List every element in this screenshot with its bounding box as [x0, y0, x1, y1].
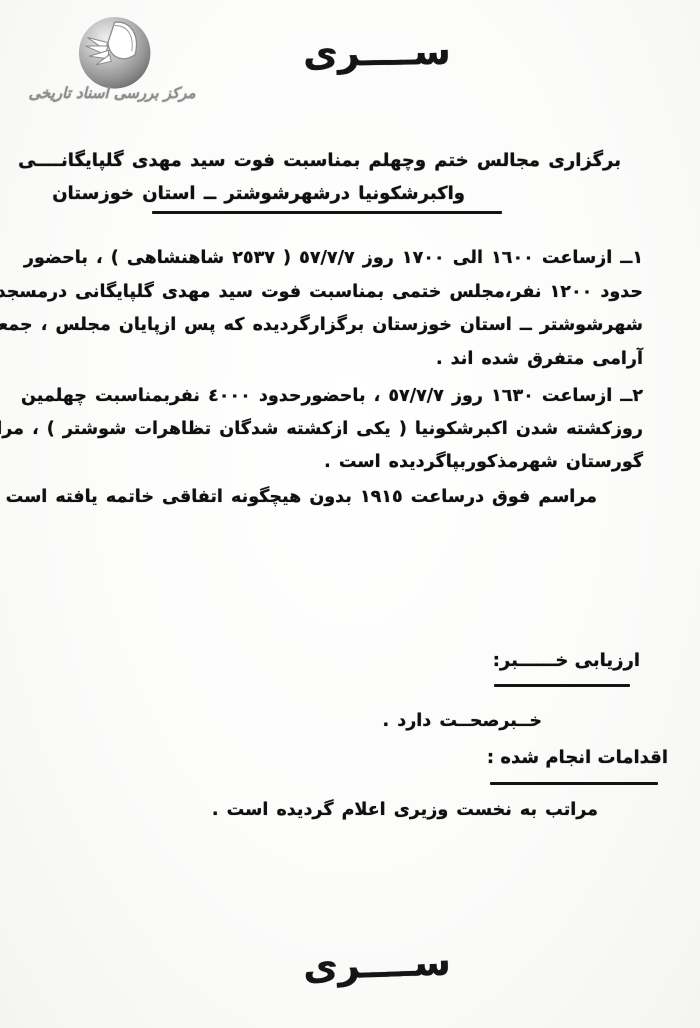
- actions-text: مراتب به نخست وزیری اعلام گردیده است .: [212, 800, 598, 820]
- actions-underline: [490, 782, 658, 785]
- actions-heading: اقدامات انجام شده :: [487, 747, 668, 768]
- open-book-globe-icon: [70, 12, 156, 92]
- classification-header: ســــری: [303, 29, 452, 76]
- document-title-line1: برگزاری مجالس ختم وچهلم بمناسبت فوت سید …: [18, 150, 621, 171]
- document-title-line2: واکبرشکونیا درشهرشوشتر ــ استان خوزستان: [52, 183, 465, 204]
- archive-logo: مرکز بررسی اسناد تاریخی: [22, 8, 202, 108]
- evaluation-underline: [494, 684, 630, 687]
- classification-footer: ســــری: [302, 939, 451, 988]
- title-underline: [152, 211, 502, 214]
- paragraph-line: گورستان شهرمذکوربپاگردیده است .: [324, 452, 643, 472]
- evaluation-text: خــبرصحــت دارد .: [383, 711, 542, 731]
- evaluation-heading: ارزیابی خــــــبر:: [493, 650, 640, 671]
- paragraph-line: حدود ١٢٠٠ نفر،مجلس ختمی بمناسبت فوت سید …: [0, 282, 643, 302]
- scanned-document-page: مرکز بررسی اسناد تاریخی ســــری برگزاری …: [0, 0, 700, 1028]
- logo-caption: مرکز بررسی اسناد تاریخی: [22, 84, 202, 102]
- paragraph-line: ٢ــ ازساعت ١٦٣٠ روز ٥٧/٧/٧ ، باحضورحدود …: [21, 386, 643, 406]
- paragraph-line: روزکشته شدن اکبرشکونیا ( یکی ازکشته شدگا…: [0, 419, 643, 439]
- closing-line: مراسم فوق درساعت ١٩١٥ بدون هیچگونه اتفاق…: [0, 487, 597, 507]
- paragraph-line: آرامی متفرق شده اند .: [436, 349, 643, 369]
- paragraph-line: شهرشوشتر ــ استان خوزستان برگزارگردیده ک…: [0, 315, 643, 335]
- paragraph-line: ١ــ ازساعت ١٦٠٠ الی ١٧٠٠ روز ٥٧/٧/٧ ( ٢٥…: [24, 248, 643, 268]
